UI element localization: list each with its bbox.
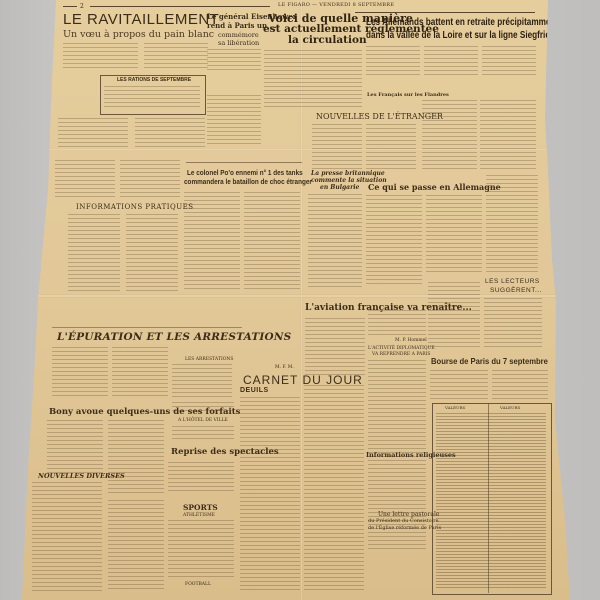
headline-colonel-2: commandera le bataillon de choc étranger [184, 177, 312, 186]
headline-bourse: Bourse de Paris du 7 septembre [431, 356, 548, 366]
subhead-pain-blanc: Un vœu à propos du pain blanc [63, 29, 214, 40]
headline-lettre-2: du Président du Consistoire [368, 518, 439, 524]
headline-informations-pratiques: INFORMATIONS PRATIQUES [76, 203, 194, 211]
page-number: 2 [80, 3, 84, 10]
headline-diplomatique-2: VA REPRENDRE A PARIS [372, 352, 430, 357]
headline-francais-flandre: Les Français sur les Flandres [367, 92, 449, 98]
aviation-signature: M. P. Hommel [395, 338, 427, 343]
headline-eisenhower-4: sa libération [218, 39, 259, 47]
bourse-col-header-2: VALEURS [500, 405, 520, 410]
headline-epuration: L'ÉPURATION ET LES ARRESTATIONS [57, 331, 291, 343]
headline-spectacles: Reprise des spectacles [171, 447, 279, 457]
subhead-athletisme: ATHLÉTISME [183, 513, 215, 518]
newspaper-page: 2 LE FIGARO — VENDREDI 8 SEPTEMBRE LE RA… [0, 0, 600, 600]
headline-lettre-3: de l'Église réformée de Paris [368, 525, 441, 531]
headline-allemands-2: dans la vallée de la Loire et sur la lig… [366, 29, 555, 41]
headline-ravitaillement: LE RAVITAILLEMENT [63, 11, 219, 28]
mfm-signature: M. F. M. [275, 365, 294, 370]
headline-rations: LES RATIONS DE SEPTEMBRE [117, 77, 191, 83]
masthead-date-line: LE FIGARO — VENDREDI 8 SEPTEMBRE [278, 2, 394, 8]
subhead-arrestations: LES ARRESTATIONS [185, 357, 233, 362]
headline-circulation-3: la circulation [288, 34, 367, 46]
headline-lecteurs-2: SUGGÈRENT... [490, 287, 542, 294]
bourse-col-header: VALEURS [445, 405, 465, 410]
headline-diplomatique-1: L'ACTIVITÉ DIPLOMATIQUE [368, 346, 435, 351]
headline-religieuses: Informations religieuses [366, 451, 456, 459]
headline-allemagne: Ce qui se passe en Allemagne [368, 182, 501, 192]
headline-colonel-1: Le colonel Po'o ennemi n° 1 des tanks [187, 168, 303, 177]
headline-eisenhower-3: commémore [218, 31, 259, 39]
headline-presse-1: La presse britannique [311, 170, 385, 177]
headline-lettre-1: Une lettre pastorale [378, 511, 439, 518]
headline-lecteurs-1: LES LECTEURS [485, 278, 540, 285]
subhead-football: FOOTBALL [185, 582, 211, 587]
headline-nouvelles-diverses: NOUVELLES DIVERSES [38, 472, 125, 480]
headline-presse-3: en Bulgarie [320, 184, 359, 191]
headline-hotel-de-ville: A L'HÔTEL DE VILLE [178, 418, 228, 423]
section-deuils: DEUILS [240, 387, 269, 394]
headline-sports: SPORTS [183, 503, 218, 512]
headline-allemands-1: Les Allemands battent en retraite précip… [366, 16, 558, 28]
